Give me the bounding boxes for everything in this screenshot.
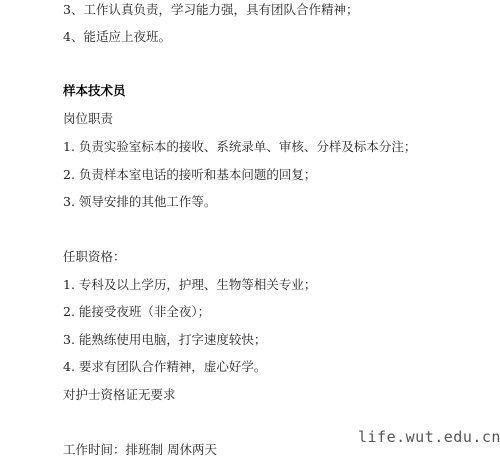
qualification-item: 1. 专科及以上学历，护理、生物等相关专业； — [63, 277, 316, 293]
work-time: 工作时间：排班制 周休两天 — [63, 442, 217, 458]
duty-item: 3. 领导安排的其他工作等。 — [63, 194, 216, 210]
qualification-item: 3. 能熟练使用电脑，打字速度较快； — [63, 332, 266, 348]
note-text: 对护士资格证无要求 — [63, 387, 176, 403]
qualification-item: 2. 能接受夜班（非全夜）； — [63, 304, 210, 320]
watermark: life.wut.edu.cn — [358, 428, 500, 446]
position-title: 样本技术员 — [63, 83, 126, 99]
requirement-item: 4、能适应上夜班。 — [63, 29, 171, 45]
duty-item: 2. 负责样本室电话的接听和基本问题的回复； — [63, 167, 316, 183]
duty-item: 1. 负责实验室标本的接收、系统录单、审核、分样及标本分注； — [63, 139, 416, 155]
requirement-item: 3、工作认真负责，学习能力强，具有团队合作精神； — [63, 2, 358, 18]
qualifications-heading: 任职资格： — [63, 249, 126, 265]
qualification-item: 4. 要求有团队合作精神，虚心好学。 — [63, 359, 266, 375]
duties-heading: 岗位职责 — [63, 111, 113, 127]
